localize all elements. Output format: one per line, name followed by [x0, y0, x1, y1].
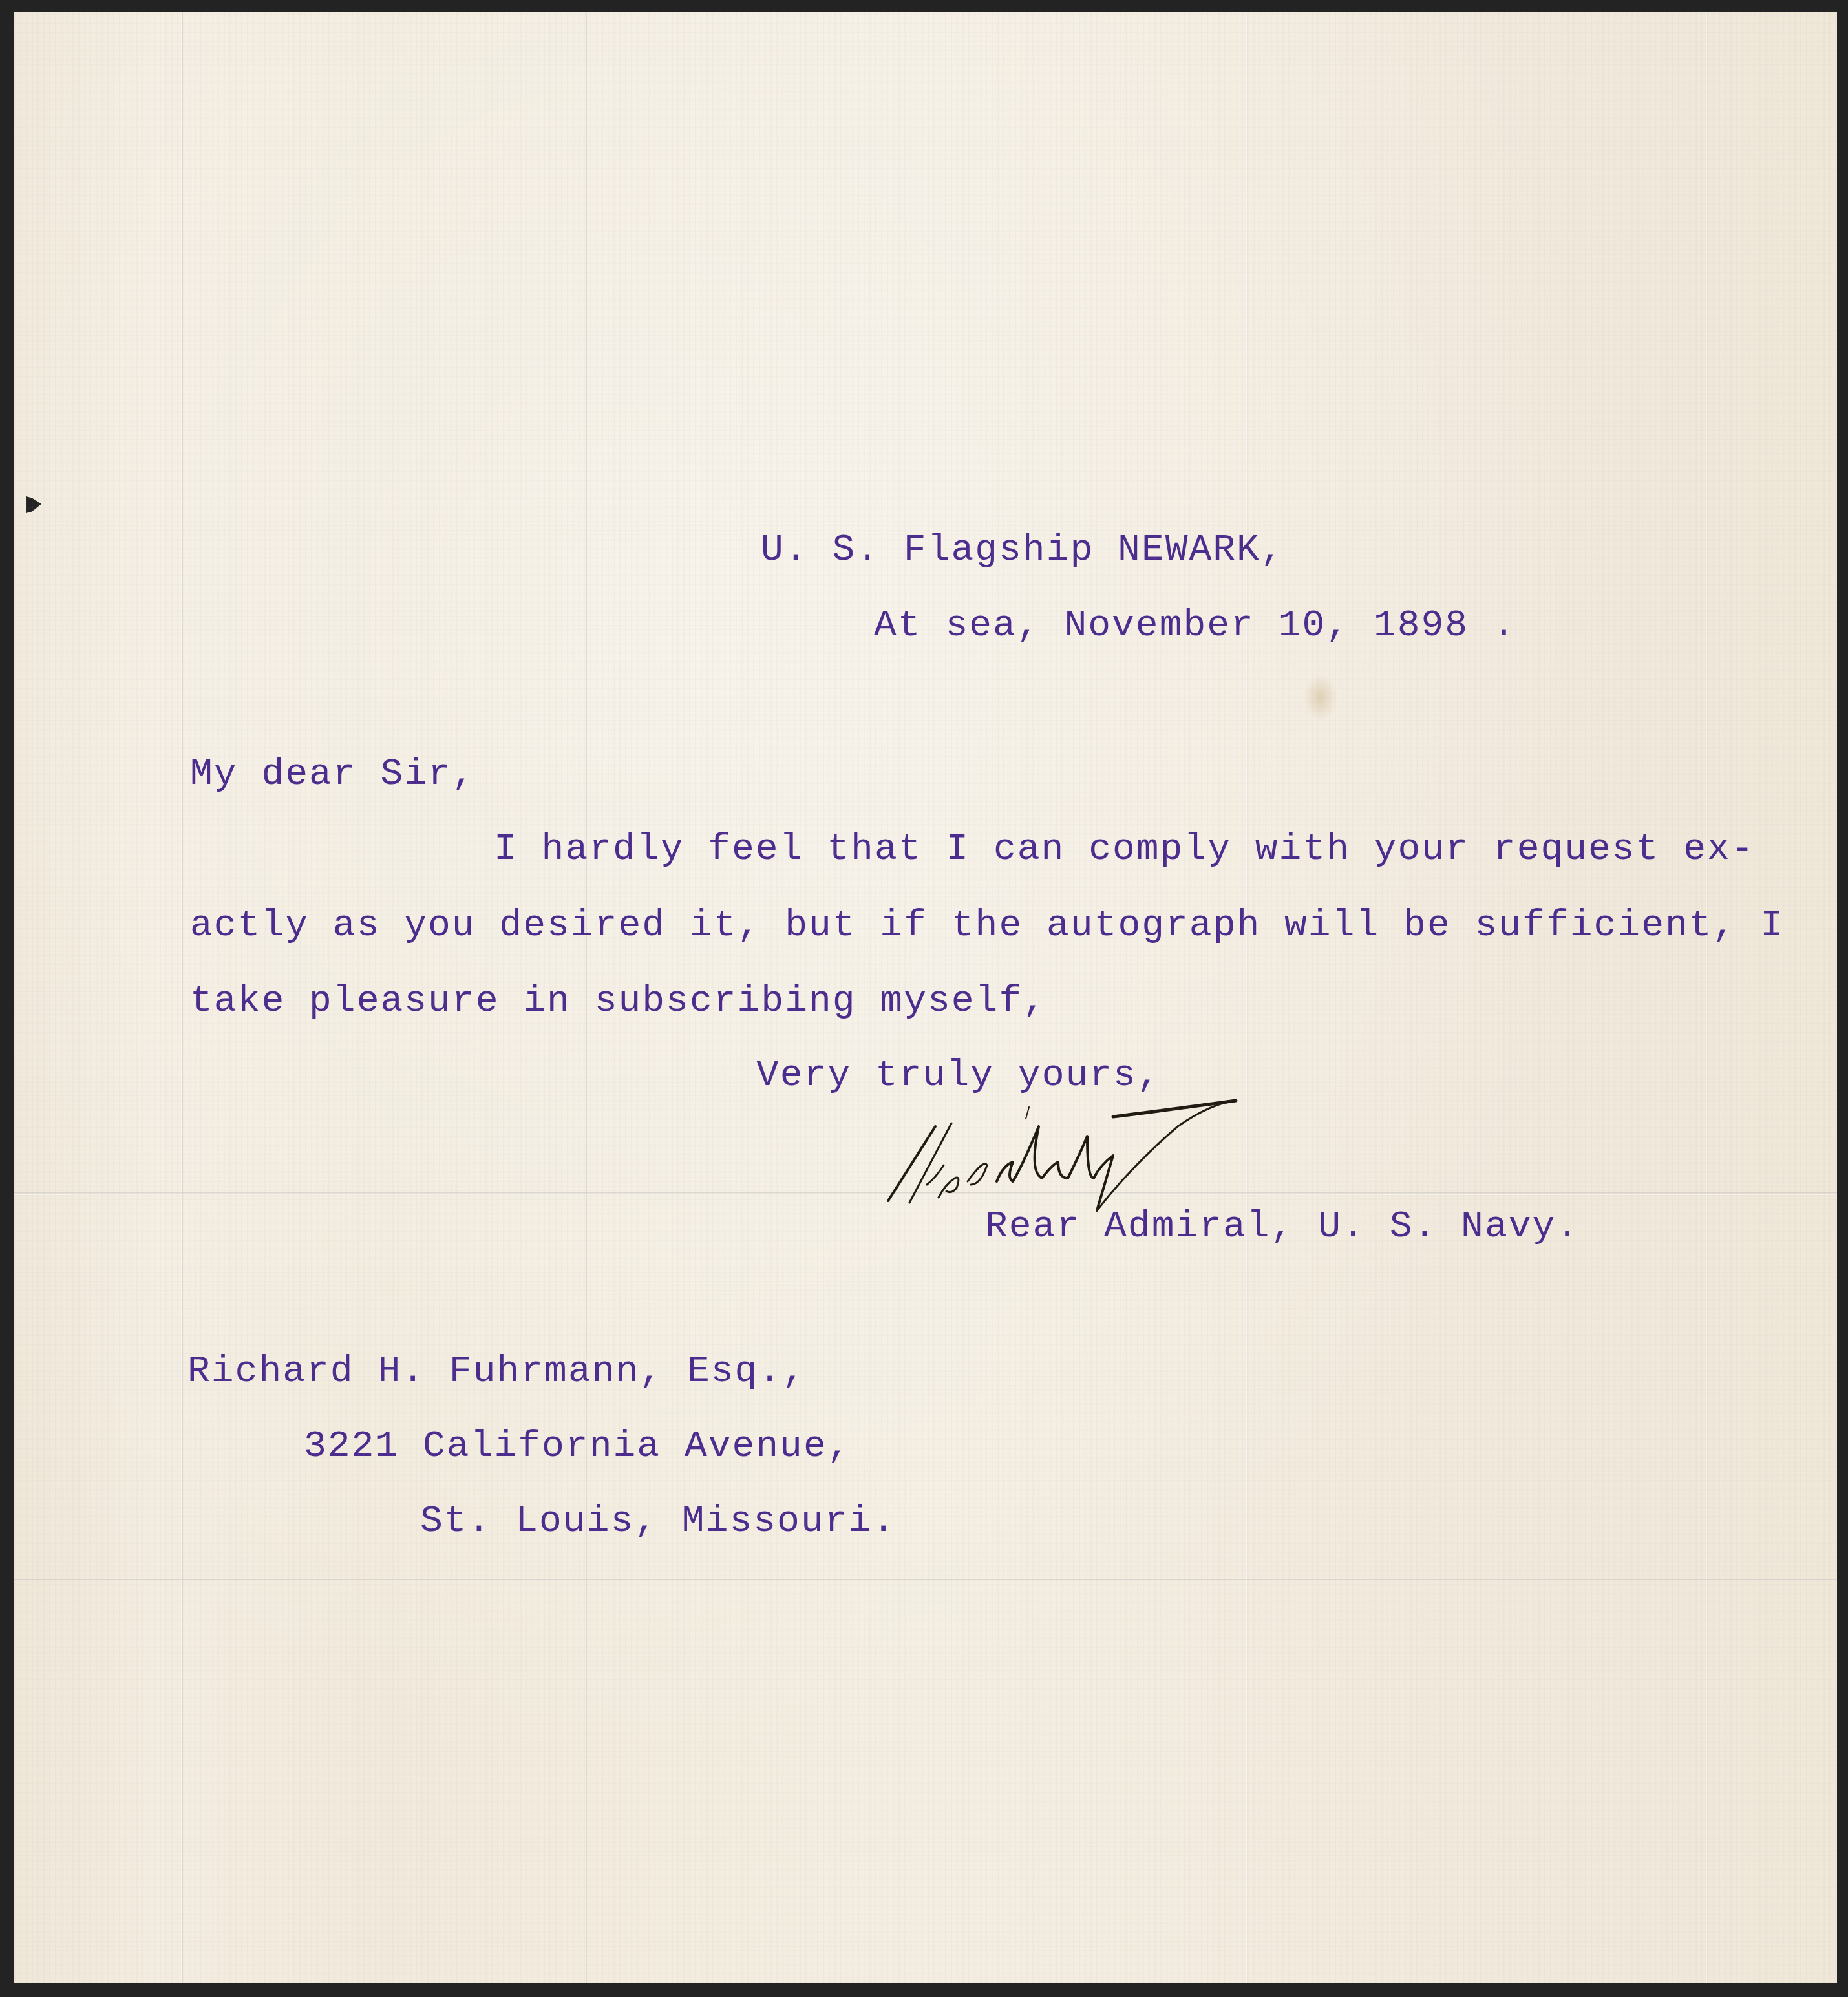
letter-paper: U. S. Flagship NEWARK, At sea, November … [14, 12, 1837, 1983]
heading-ship: U. S. Flagship NEWARK, [761, 532, 1284, 569]
signature: W. S. Schley [874, 1088, 1469, 1217]
heading-date: At sea, November 10, 1898 . [874, 608, 1516, 645]
recipient-name: Richard H. Fuhrmann, Esq., [187, 1353, 806, 1391]
paper-edge-tear [26, 496, 41, 513]
letterhead-watermark [467, 374, 1436, 542]
signer-title: Rear Admiral, U. S. Navy. [985, 1209, 1580, 1246]
body-line-2: actly as you desired it, but if the auto… [190, 907, 1784, 945]
paper-stain [1304, 674, 1337, 721]
fold-line-vertical [1706, 12, 1708, 1983]
fold-line-horizontal [14, 1579, 1837, 1581]
recipient-city: St. Louis, Missouri. [420, 1503, 896, 1541]
fold-line-vertical [1246, 12, 1248, 1983]
recipient-street: 3221 California Avenue, [304, 1428, 851, 1466]
body-line-3: take pleasure in subscribing myself, [190, 983, 1046, 1020]
fold-line-vertical [181, 12, 183, 1983]
salutation: My dear Sir, [190, 756, 476, 794]
body-line-1: I hardly feel that I can comply with you… [494, 831, 1755, 869]
